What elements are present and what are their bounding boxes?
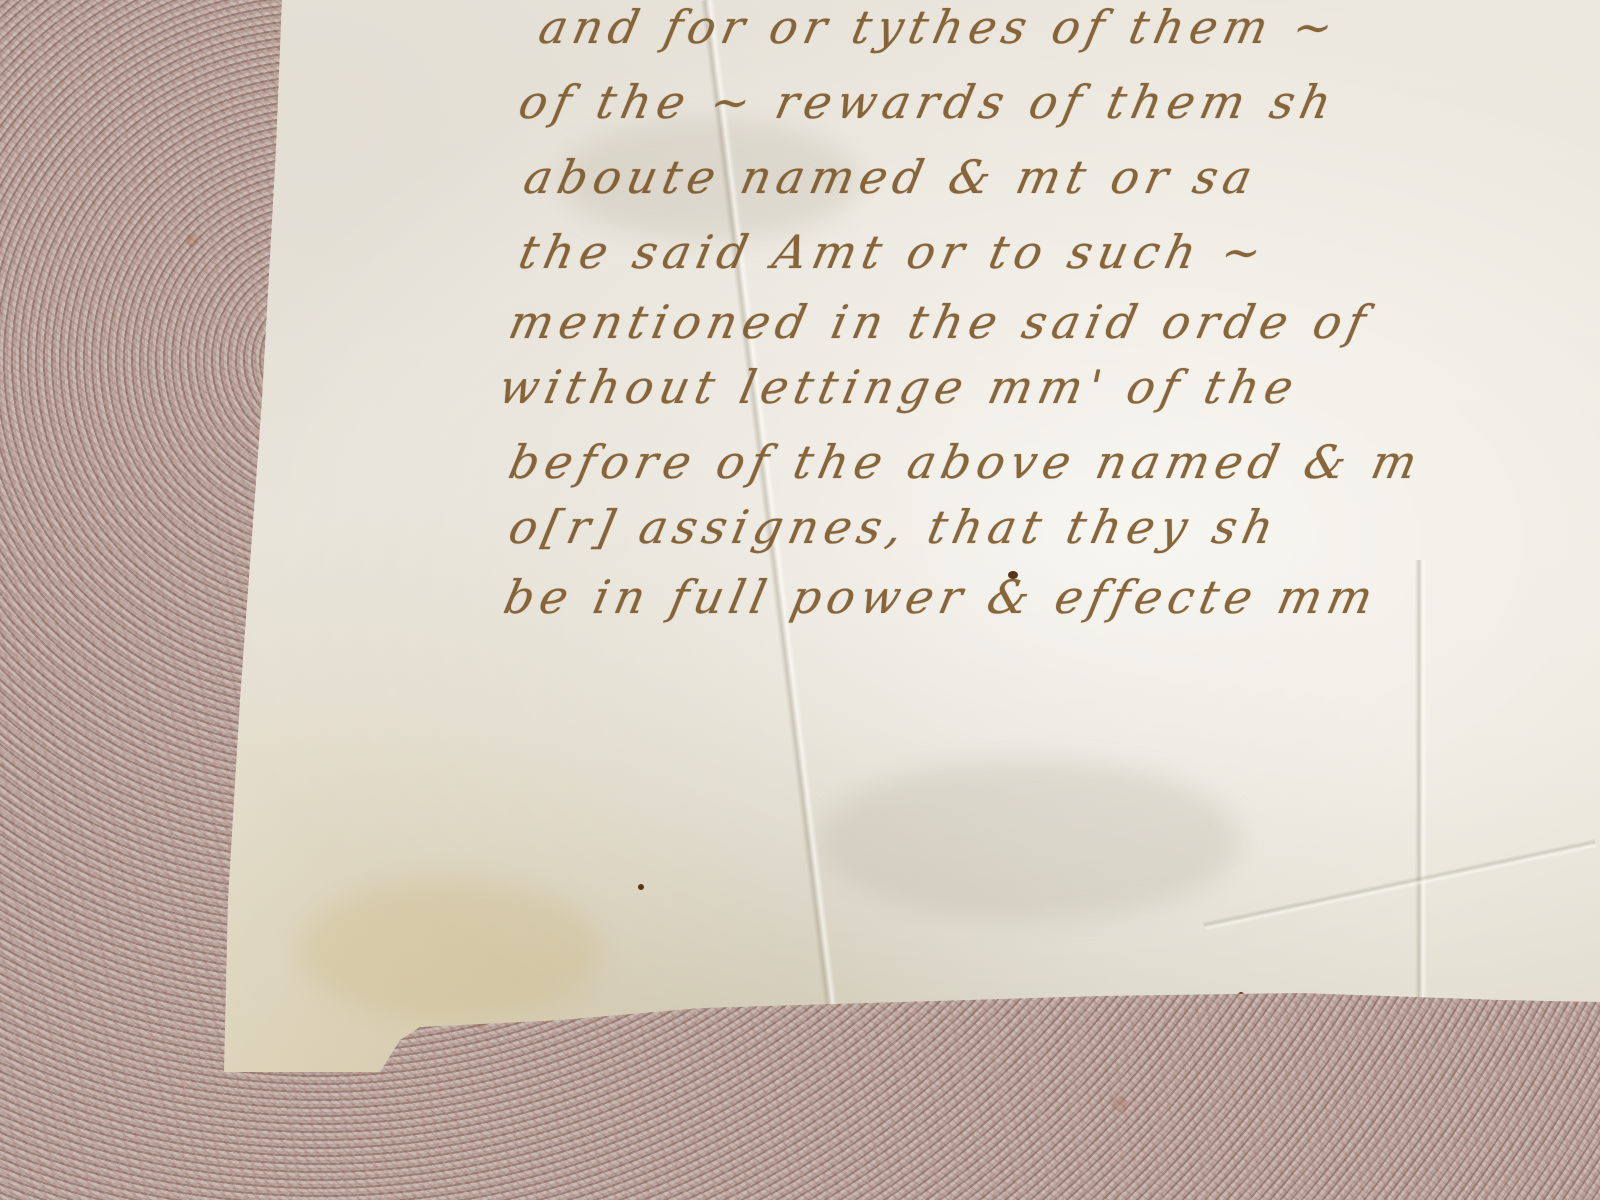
stain	[820, 760, 1240, 920]
text-line-7: before of the above named & m	[504, 435, 1428, 489]
text-line-5: mentioned in the said orde of	[504, 295, 1376, 349]
text-line-9: be in full power & effecte mm	[499, 570, 1383, 624]
text-line-6: without lettinge mm' of the	[494, 360, 1304, 414]
text-line-4: the said Amt or to such ~	[514, 225, 1272, 279]
text-line-8: o[r] assignes, that they sh	[504, 500, 1284, 554]
text-line-2: of the ~ rewards of them sh	[514, 75, 1342, 129]
text-line-3: aboute named & mt or sa	[519, 150, 1263, 204]
stain	[300, 880, 600, 1020]
text-line-1: and for or tythes of them ~	[534, 0, 1344, 54]
ink-blot	[1008, 571, 1018, 579]
ink-speck	[638, 884, 644, 890]
fold-crease	[1415, 560, 1427, 1010]
fold-crease	[1203, 839, 1596, 932]
